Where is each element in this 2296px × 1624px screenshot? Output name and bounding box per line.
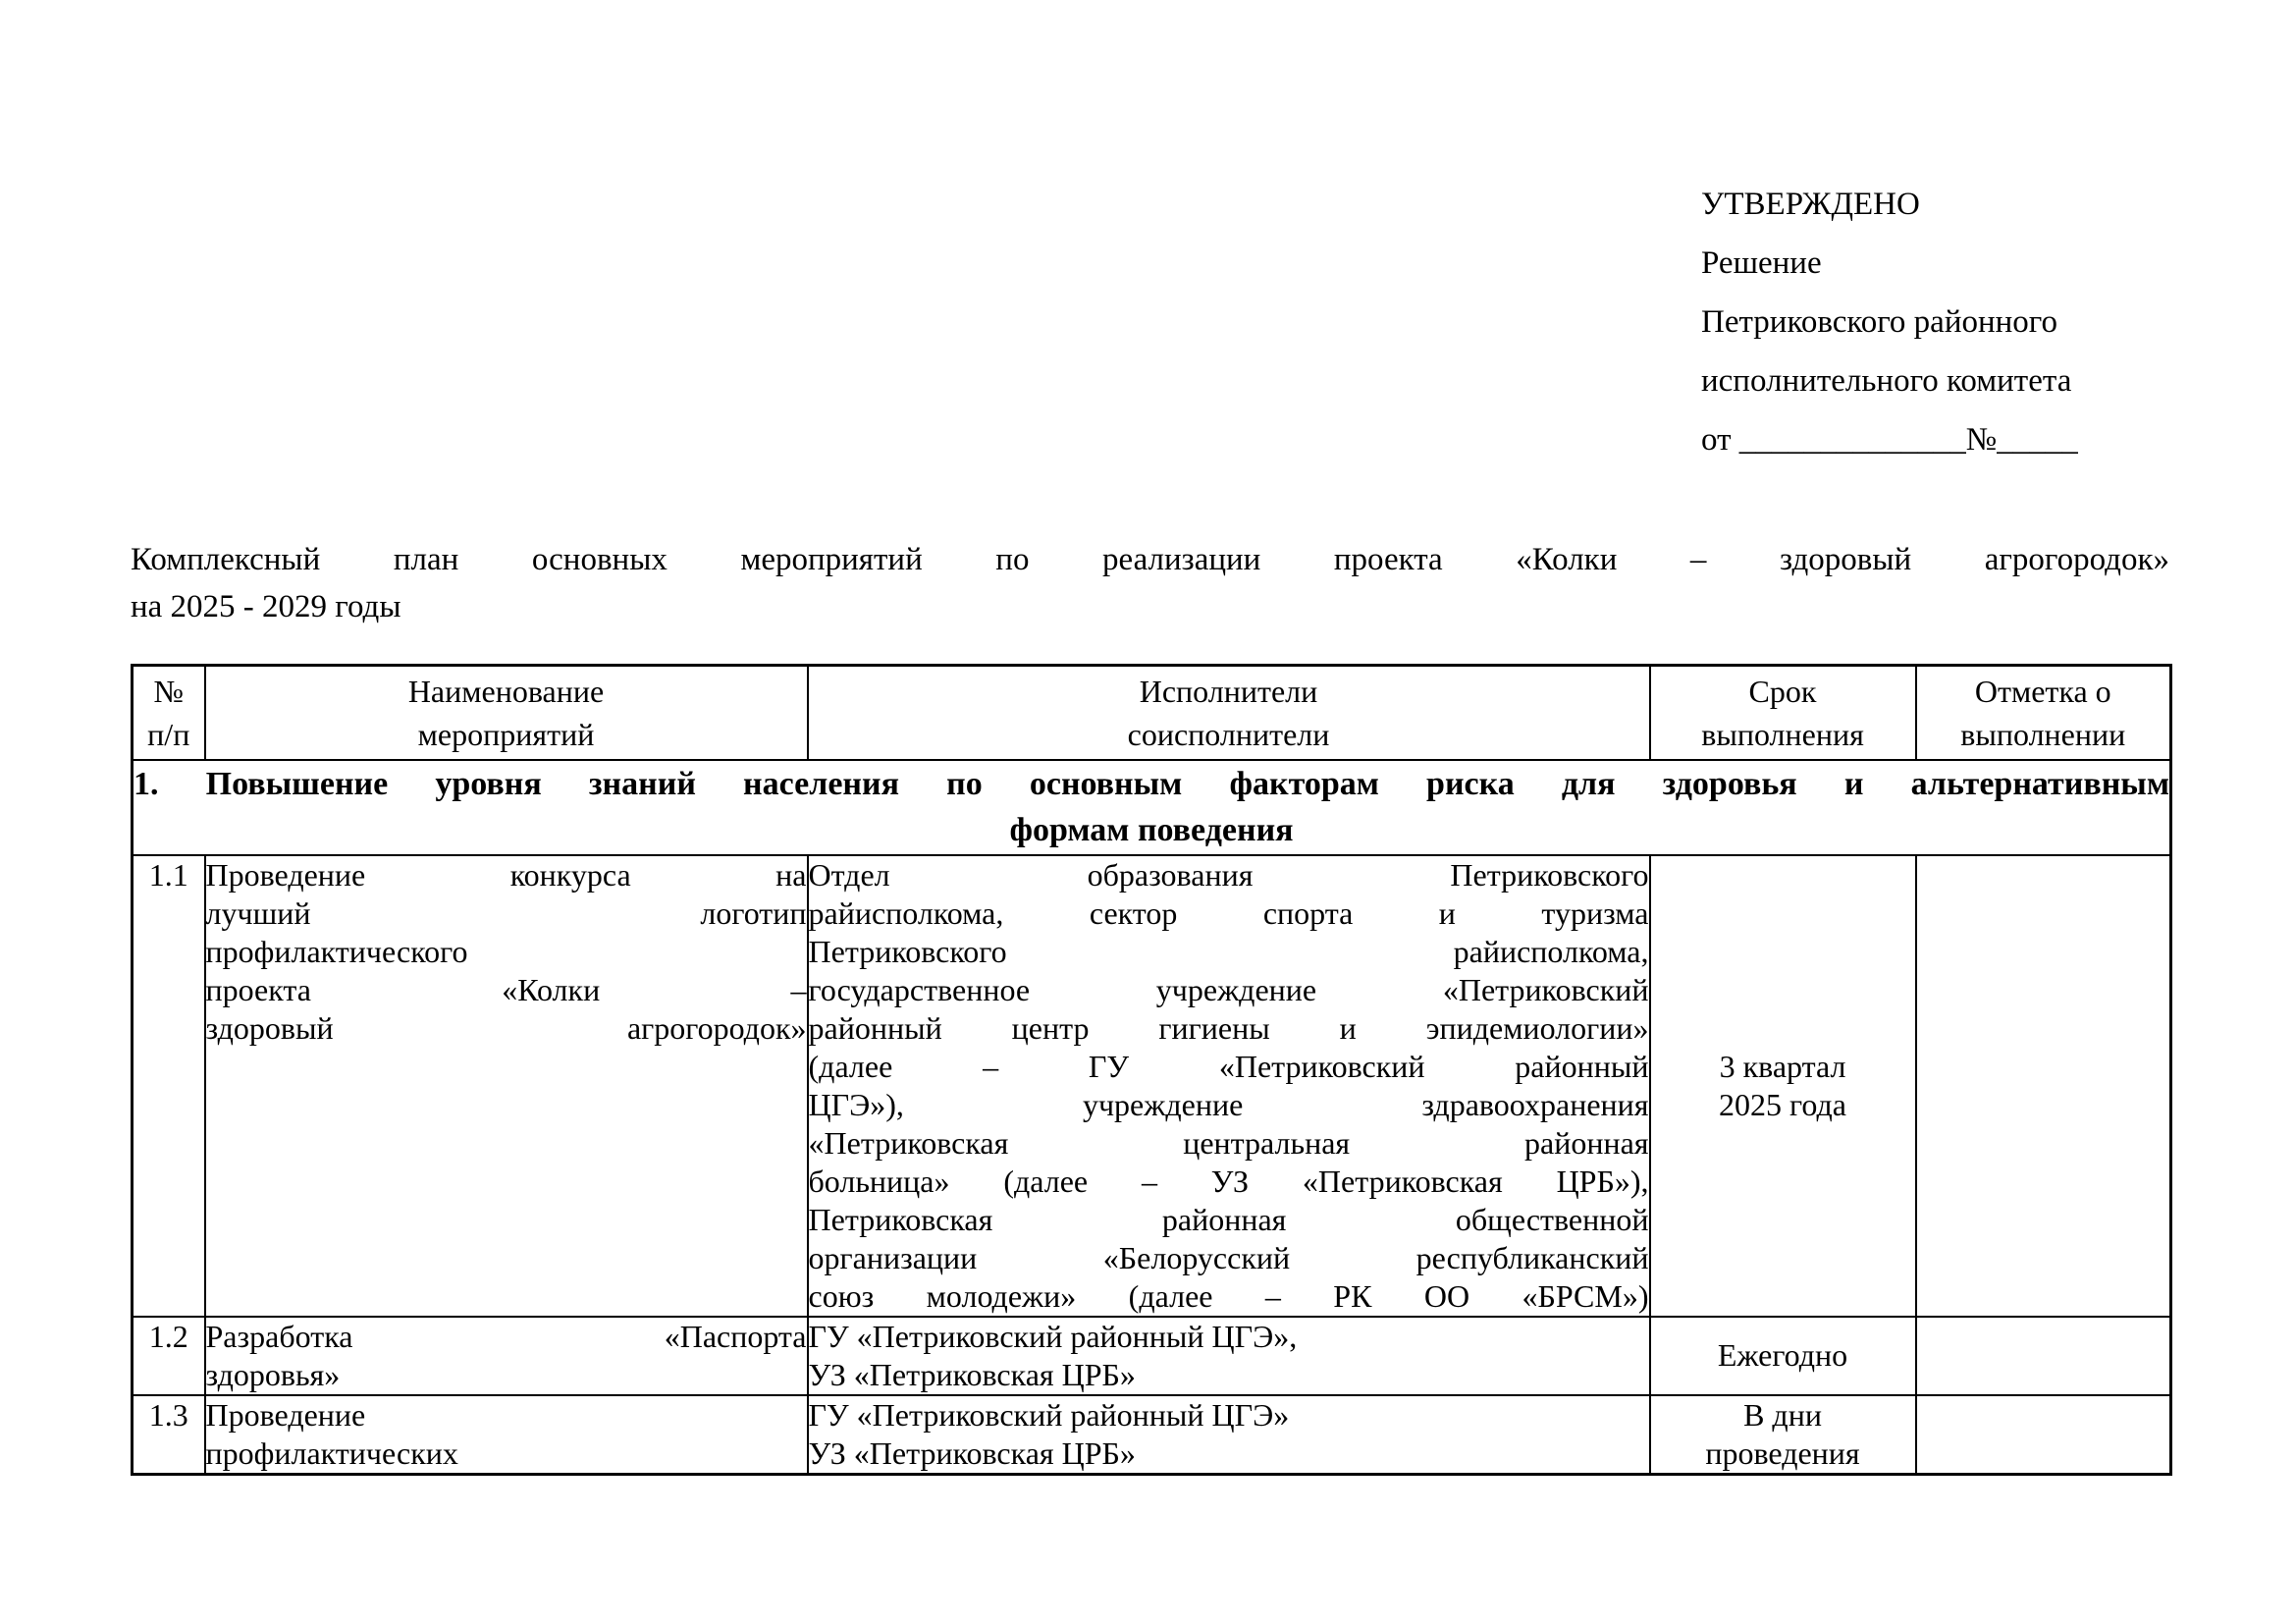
approval-line-decision: Решение [1701,234,2251,293]
page-title-line-2: на 2025 - 2029 годы [131,583,2169,630]
approval-line-committee-1: Петриковского районного [1701,293,2251,352]
row-executors: Отдел образования Петриковского райиспол… [808,855,1650,1317]
row-term: Ежегодно [1650,1317,1916,1395]
section-row: 1. Повышение уровня знаний населения по … [133,760,2171,855]
approval-line-date-number: от ______________№_____ [1701,410,2251,469]
row-completion-mark [1916,855,2171,1317]
row-term: В дни проведения [1650,1395,1916,1475]
row-executors: ГУ «Петриковский районный ЦГЭ», УЗ «Петр… [808,1317,1650,1395]
header-cell-term: Срок выполнения [1650,666,1916,760]
approval-line-committee-2: исполнительного комитета [1701,352,2251,410]
approval-block: УТВЕРЖДЕНО Решение Петриковского районно… [1701,175,2251,469]
plan-table: № п/п Наименование мероприятий Исполните… [131,664,2172,1476]
row-completion-mark [1916,1395,2171,1475]
document-page: УТВЕРЖДЕНО Решение Петриковского районно… [0,0,2296,1624]
row-number: 1.2 [133,1317,205,1395]
row-number: 1.3 [133,1395,205,1475]
row-activity-name: Проведение конкурса на лучший логотип пр… [205,855,808,1317]
header-cell-executors: Исполнители соисполнители [808,666,1650,760]
row-completion-mark [1916,1317,2171,1395]
row-executors: ГУ «Петриковский районный ЦГЭ» УЗ «Петри… [808,1395,1650,1475]
header-cell-number: № п/п [133,666,205,760]
page-title-line-1: Комплексный план основных мероприятий по… [131,536,2169,583]
header-cell-name: Наименование мероприятий [205,666,808,760]
page-title: Комплексный план основных мероприятий по… [131,536,2169,630]
table-row: 1.2 Разработка «Паспорта здоровья» ГУ «П… [133,1317,2171,1395]
section-title-line-1: 1. Повышение уровня знаний населения по … [133,761,2169,807]
section-title-line-2: формам поведения [133,807,2169,853]
table-header-row: № п/п Наименование мероприятий Исполните… [133,666,2171,760]
table-row: 1.3 Проведение профилактических ГУ «Петр… [133,1395,2171,1475]
approval-line-approved: УТВЕРЖДЕНО [1701,175,2251,234]
row-activity-name: Разработка «Паспорта здоровья» [205,1317,808,1395]
row-term: 3 квартал 2025 года [1650,855,1916,1317]
row-activity-name: Проведение профилактических [205,1395,808,1475]
header-cell-mark: Отметка о выполнении [1916,666,2171,760]
row-number: 1.1 [133,855,205,1317]
table-row: 1.1 Проведение конкурса на лучший логоти… [133,855,2171,1317]
section-title: 1. Повышение уровня знаний населения по … [133,760,2171,855]
